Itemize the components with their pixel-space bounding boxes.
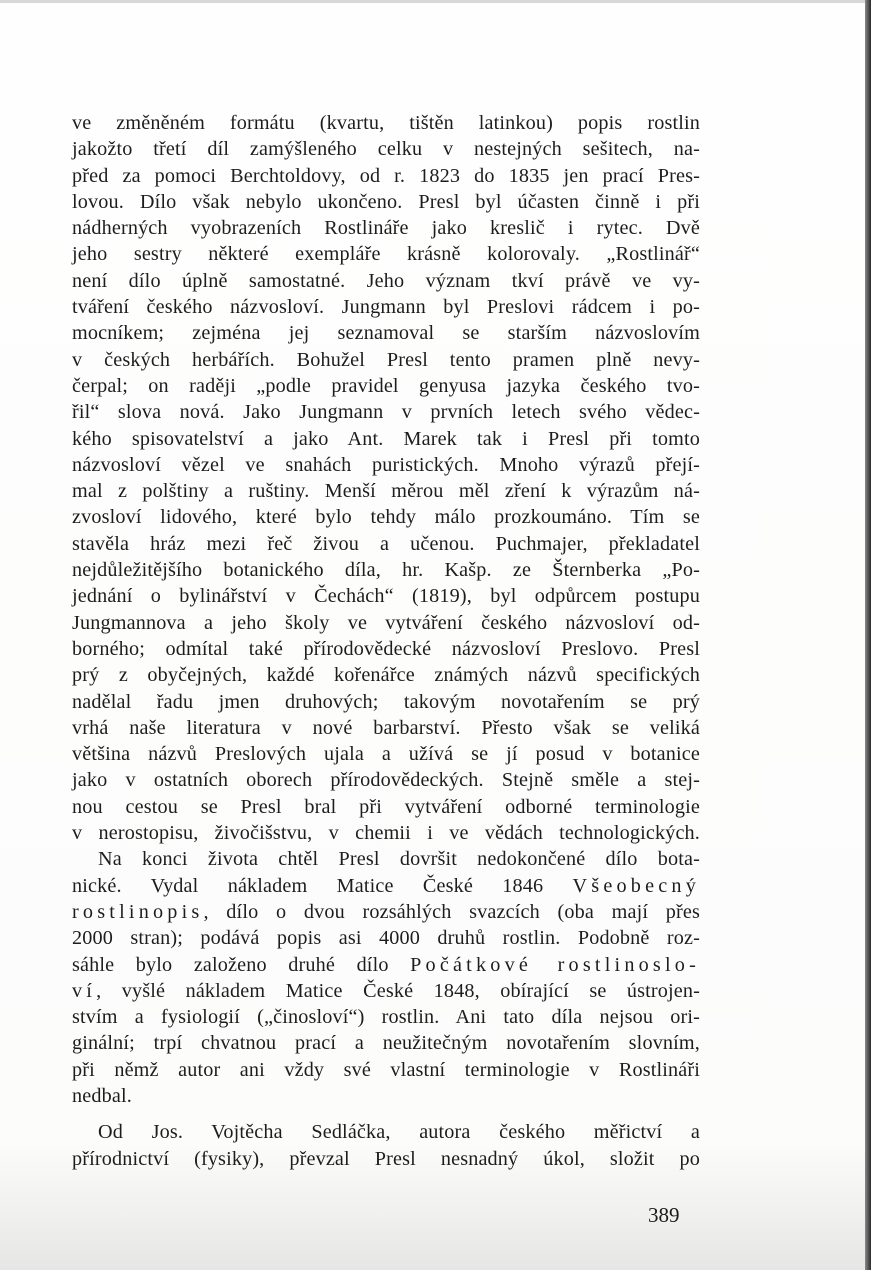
scan-edge-top	[0, 0, 871, 3]
text-fragment: , vyšlé nákladem Matice České 1848, obír…	[96, 980, 700, 1002]
text-line: Jungmannova a jeho školy ve vytváření če…	[72, 610, 700, 636]
text-line: jakožto třetí díl zamýšleného celku v ne…	[72, 136, 700, 162]
text-line: rostlinopis, dílo o dvou rozsáhlých svaz…	[72, 899, 700, 925]
text-line: v českých herbářích. Bohužel Presl tento…	[72, 347, 700, 373]
text-line: mal z polštiny a ruštiny. Menší měrou mě…	[72, 478, 700, 504]
text-line: nádherných vyobrazeních Rostlináře jako …	[72, 215, 700, 241]
text-line: zvosloví lidového, které bylo tehdy málo…	[72, 504, 700, 530]
scanned-page: ve změněném formátu (kvartu, tištěn lati…	[0, 0, 871, 1270]
text-line: nadělal řadu jmen druhových; takovým nov…	[72, 689, 700, 715]
text-line: mocníkem; zejména jej seznamoval se star…	[72, 320, 700, 346]
text-line: stvím a fysiologií („činosloví“) rostlin…	[72, 1004, 700, 1030]
text-line: borného; odmítal také přírodovědecké náz…	[72, 636, 700, 662]
text-line: kého spisovatelství a jako Ant. Marek ta…	[72, 426, 700, 452]
paragraph-start-line: Na konci života chtěl Presl dovršit nedo…	[72, 846, 700, 872]
text-line: ginální; trpí chvatnou prací a neužitečn…	[72, 1030, 700, 1056]
text-line: prý z obyčejných, každé kořenářce známýc…	[72, 662, 700, 688]
text-line: řil“ slova nová. Jako Jungmann v prvních…	[72, 399, 700, 425]
text-line: lovou. Dílo však nebylo ukončeno. Presl …	[72, 189, 700, 215]
text-line: v nerostopisu, živočišstvu, v chemii i v…	[72, 820, 700, 846]
text-line: před za pomoci Berchtoldovy, od r. 1823 …	[72, 163, 700, 189]
text-line: vrhá naše literatura v nové barbarství. …	[72, 715, 700, 741]
scan-edge-right	[865, 0, 871, 1270]
text-fragment: , dílo o dvou rozsáhlých svazcích (oba m…	[203, 901, 700, 923]
paragraph-gap	[72, 1109, 700, 1119]
text-fragment: nické. Vydal nákladem Matice České 1846	[72, 875, 573, 897]
text-fragment: sáhle bylo založeno druhé dílo	[72, 954, 410, 976]
spaced-title: ví	[72, 980, 96, 1002]
paragraph-end-line: nedbal.	[72, 1083, 700, 1109]
text-line: stavěla hráz mezi řeč živou a učenou. Pu…	[72, 531, 700, 557]
spaced-title: rostlinopis	[72, 901, 203, 923]
text-line: 2000 stran); podává popis asi 4000 druhů…	[72, 925, 700, 951]
text-line: sáhle bylo založeno druhé dílo Počátkové…	[72, 952, 700, 978]
text-line: nické. Vydal nákladem Matice České 1846 …	[72, 873, 700, 899]
text-line: tváření českého názvosloví. Jungmann byl…	[72, 294, 700, 320]
body-text: ve změněném formátu (kvartu, tištěn lati…	[72, 110, 700, 1172]
text-line: většina názvů Preslových ujala a užívá s…	[72, 741, 700, 767]
text-line: nejdůležitějšího botanického díla, hr. K…	[72, 557, 700, 583]
text-line: přírodnictví (fysiky), převzal Presl nes…	[72, 1146, 700, 1172]
text-line: čerpal; on raději „podle pravidel genyus…	[72, 373, 700, 399]
text-line: ví, vyšlé nákladem Matice České 1848, ob…	[72, 978, 700, 1004]
text-line: ve změněném formátu (kvartu, tištěn lati…	[72, 110, 700, 136]
text-line: názvosloví vězel ve snahách puristických…	[72, 452, 700, 478]
spaced-title: Všeobecný	[573, 875, 701, 897]
text-line: jako v ostatních oborech přírodovědeckýc…	[72, 767, 700, 793]
spaced-title: Počátkové rostlinoslo-	[410, 954, 700, 976]
text-line: není dílo úplně samostatné. Jeho význam …	[72, 268, 700, 294]
text-line: jednání o bylinářství v Čechách“ (1819),…	[72, 583, 700, 609]
text-line: jeho sestry některé exempláře krásně kol…	[72, 241, 700, 267]
paragraph-start-line: Od Jos. Vojtěcha Sedláčka, autora českéh…	[72, 1119, 700, 1145]
text-line: nou cestou se Presl bral při vytváření o…	[72, 794, 700, 820]
text-line: při němž autor ani vždy své vlastní term…	[72, 1057, 700, 1083]
page-number: 389	[648, 1203, 680, 1228]
